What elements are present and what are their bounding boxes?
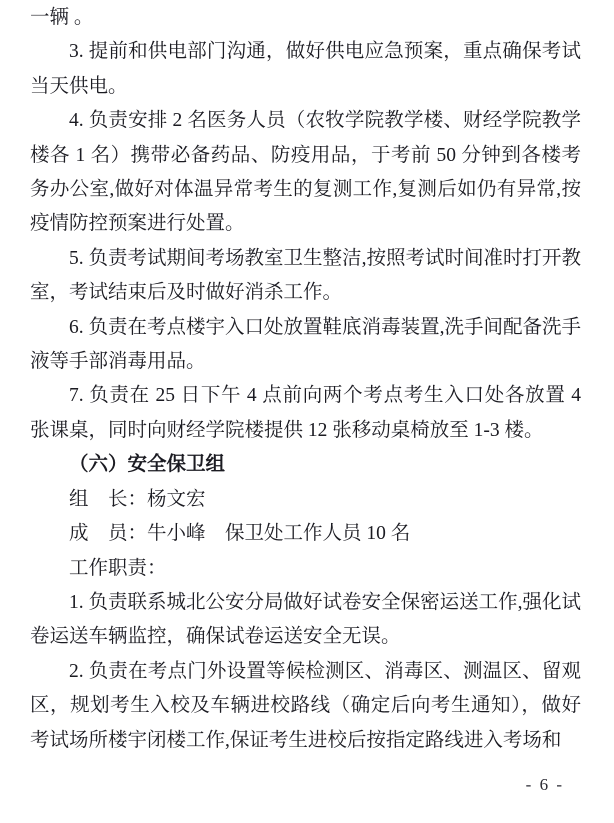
paragraph-item-6-disinfection: 6. 负责在考点楼宇入口处放置鞋底消毒装置,洗手间配备洗手液等手部消毒用品。: [30, 311, 581, 380]
paragraph-item-5-classroom-cleaning: 5. 负责考试期间考场教室卫生整洁,按照考试时间准时打开教室，考试结束后及时做好…: [30, 242, 581, 311]
paragraph-duty-2-checkpoint-zones: 2. 负责在考点门外设置等候检测区、消毒区、测温区、留观区，规划考生入校及车辆进…: [30, 655, 581, 758]
document-page: 一辆 。 3. 提前和供电部门沟通，做好供电应急预案，重点确保考试当天供电。 4…: [0, 0, 614, 823]
section-heading-security-group: （六）安全保卫组: [30, 448, 581, 482]
page-number: - 6 -: [526, 775, 564, 795]
paragraph-vehicle-continuation: 一辆 。: [30, 1, 581, 35]
line-duties-label: 工作职责：: [30, 552, 581, 586]
document-body: 一辆 。 3. 提前和供电部门沟通，做好供电应急预案，重点确保考试当天供电。 4…: [0, 0, 614, 758]
line-group-leader: 组 长：杨文宏: [30, 483, 581, 517]
paragraph-item-7-desks: 7. 负责在 25 日下午 4 点前向两个考点考生入口处各放置 4 张课桌，同时…: [30, 379, 581, 448]
paragraph-item-4-medical-staff: 4. 负责安排 2 名医务人员（农牧学院教学楼、财经学院教学楼各 1 名）携带必…: [30, 104, 581, 242]
paragraph-duty-1-paper-transport: 1. 负责联系城北公安分局做好试卷安全保密运送工作,强化试卷运送车辆监控，确保试…: [30, 586, 581, 655]
paragraph-item-3-power-supply: 3. 提前和供电部门沟通，做好供电应急预案，重点确保考试当天供电。: [30, 35, 581, 104]
line-group-members: 成 员：牛小峰 保卫处工作人员 10 名: [30, 517, 581, 551]
